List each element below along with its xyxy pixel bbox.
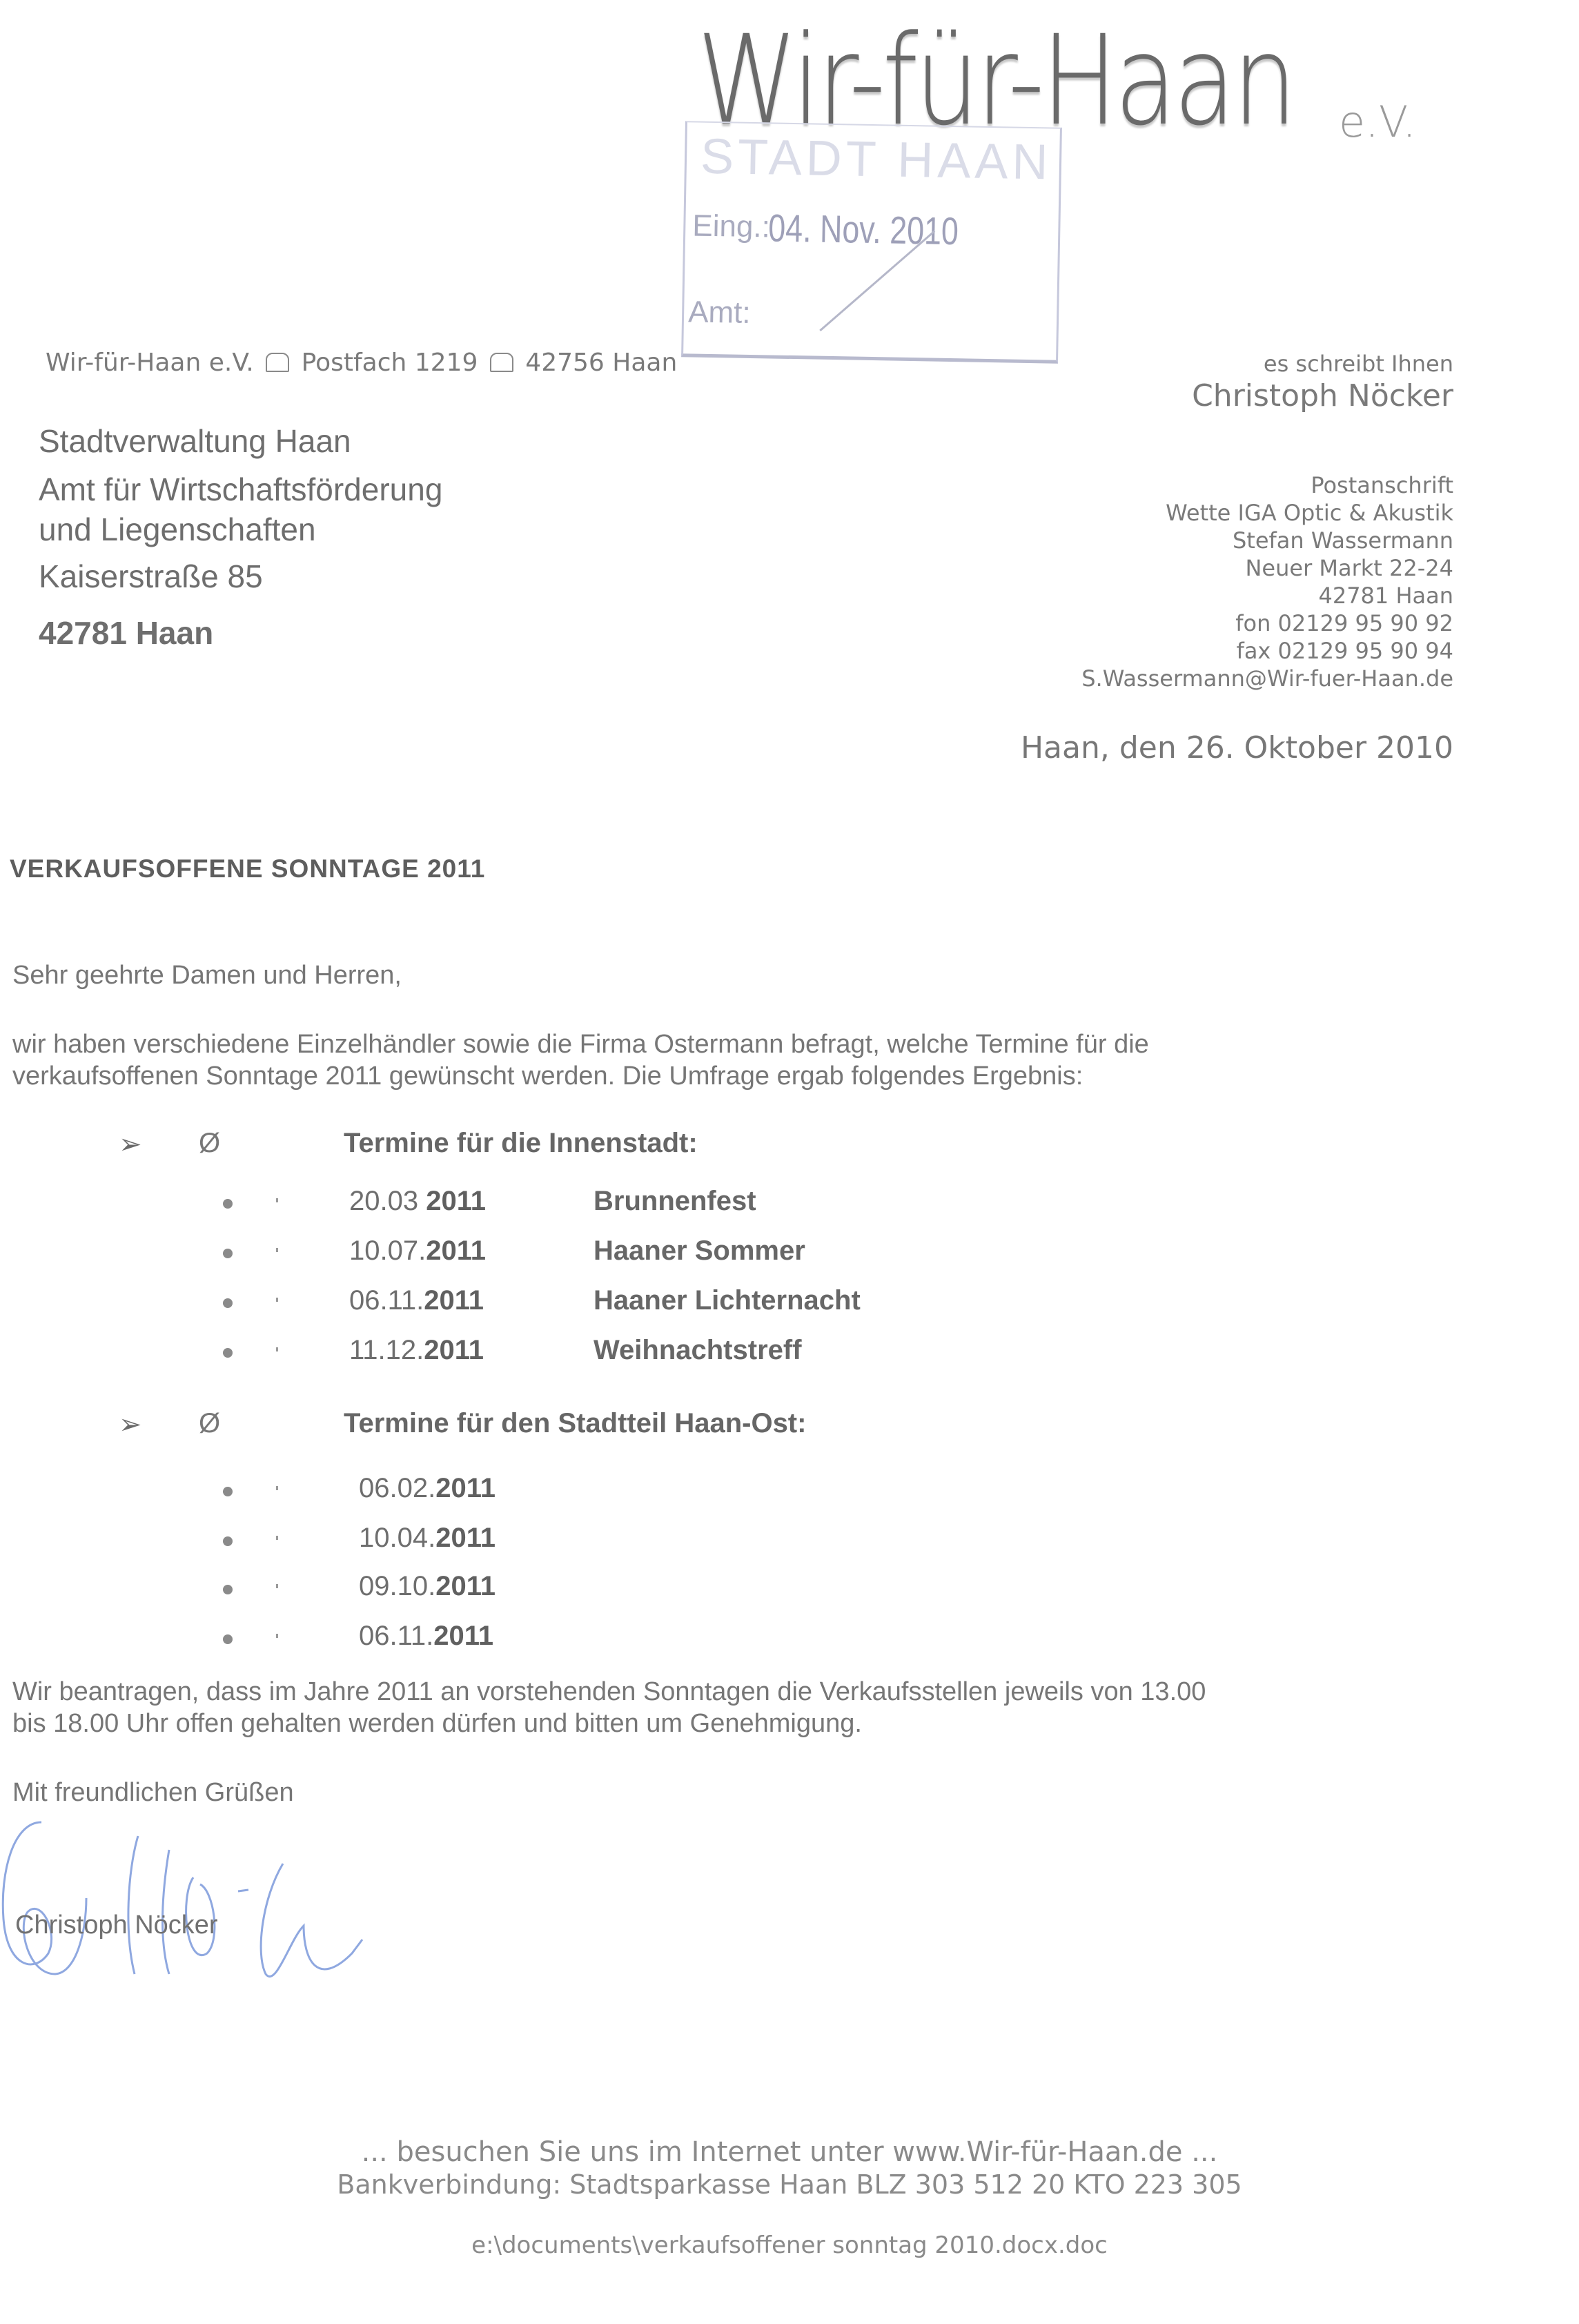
section-heading-haan-ost: Termine für den Stadtteil Haan-Ost: — [344, 1408, 806, 1439]
tick-icon — [276, 1486, 278, 1490]
postal-email[interactable]: S.Wassermann@Wir-fuer-Haan.de — [1081, 665, 1453, 692]
tick-icon — [276, 1298, 278, 1302]
letter-subject: VERKAUFSOFFENE SONNTAGE 2011 — [10, 855, 485, 883]
list-item-date: 06.11.2011 — [359, 1621, 493, 1652]
intro-line-1: wir haben verschiedene Einzelhändler sow… — [12, 1030, 1149, 1060]
recipient-line-5: 42781 Haan — [39, 614, 213, 652]
recipient-line-2: Amt für Wirtschaftsförderung — [39, 471, 442, 508]
list-item-date: 10.07.2011 — [349, 1236, 486, 1267]
list-item-event: Haaner Sommer — [594, 1236, 805, 1267]
recipient-line-3: und Liegenschaften — [39, 511, 316, 548]
list-item-event: Brunnenfest — [594, 1186, 756, 1217]
footer-bank: Bankverbindung: Stadtsparkasse Haan BLZ … — [0, 2169, 1579, 2200]
bullet-icon — [223, 1199, 233, 1209]
footer-website: ... besuchen Sie uns im Internet unter w… — [0, 2136, 1579, 2168]
writer-name: Christoph Nöcker — [1192, 378, 1453, 413]
receipt-stamp: STADT HAAN Eing.: 04. Nov. 2010 Amt: — [681, 121, 1062, 363]
signature-typed-name: Christoph Nöcker — [15, 1911, 218, 1940]
list-item-date: 20.03 2011 — [349, 1186, 486, 1217]
sender-org: Wir-für-Haan e.V. — [46, 349, 254, 377]
tick-icon — [276, 1347, 278, 1351]
bullet-icon — [223, 1536, 233, 1546]
bullet-icon — [223, 1298, 233, 1308]
postal-city: 42781 Haan — [1318, 583, 1453, 609]
list-item-date: 09.10.2011 — [359, 1571, 496, 1602]
arrowhead-bullet-icon: ➢ — [119, 1408, 142, 1441]
stamp-amt-label: Amt: — [688, 295, 751, 331]
tick-icon — [276, 1536, 278, 1540]
list-item-date: 06.11.2011 — [349, 1285, 484, 1316]
tick-icon — [276, 1248, 278, 1252]
handwritten-signature — [0, 1815, 386, 1995]
list-item-date: 06.02.2011 — [359, 1473, 496, 1504]
bullet-icon — [223, 1487, 233, 1496]
section-heading-innenstadt: Termine für die Innenstadt: — [344, 1128, 698, 1159]
mailbox-flag-icon — [490, 353, 513, 372]
recipient-line-1: Stadtverwaltung Haan — [39, 422, 351, 460]
footer-file-path: e:\documents\verkaufsoffener sonntag 201… — [0, 2232, 1579, 2259]
postal-company: Wette IGA Optic & Akustik — [1166, 500, 1453, 526]
logo-suffix: e.V. — [1339, 97, 1416, 147]
tick-icon — [276, 1634, 278, 1638]
bullet-icon — [223, 1348, 233, 1358]
intro-line-2: verkaufsoffenen Sonntage 2011 gewünscht … — [12, 1062, 1083, 1091]
list-item-date: 11.12.2011 — [349, 1335, 484, 1366]
mailbox-icon — [266, 353, 289, 372]
sender-postbox: Postfach 1219 — [302, 349, 478, 377]
postal-contact: Stefan Wassermann — [1233, 527, 1453, 554]
closing: Mit freundlichen Grüßen — [12, 1778, 294, 1808]
bullet-icon — [223, 1585, 233, 1594]
stamp-title: STADT HAAN — [700, 128, 1052, 191]
letter-date: Haan, den 26. Oktober 2010 — [1021, 730, 1453, 765]
tick-icon — [276, 1584, 278, 1588]
salutation: Sehr geehrte Damen und Herren, — [12, 961, 402, 990]
section-marker: Ø — [199, 1128, 220, 1159]
sender-return-line: Wir-für-Haan e.V. Postfach 1219 42756 Ha… — [46, 349, 677, 377]
list-item-event: Haaner Lichternacht — [594, 1285, 861, 1316]
stamp-eingang-date: 04. Nov. 2010 — [768, 205, 959, 253]
list-item-event: Weihnachtstreff — [594, 1335, 802, 1366]
recipient-line-4: Kaiserstraße 85 — [39, 558, 263, 595]
arrowhead-bullet-icon: ➢ — [119, 1128, 142, 1160]
list-item-date: 10.04.2011 — [359, 1523, 496, 1554]
request-line-1: Wir beantragen, dass im Jahre 2011 an vo… — [12, 1677, 1206, 1707]
postal-street: Neuer Markt 22-24 — [1245, 555, 1453, 581]
writer-intro: es schreibt Ihnen — [1264, 351, 1453, 377]
request-line-2: bis 18.00 Uhr offen gehalten werden dürf… — [12, 1709, 862, 1739]
bullet-icon — [223, 1634, 233, 1644]
postal-phone: fon 02129 95 90 92 — [1235, 610, 1453, 636]
sender-zip-city: 42756 Haan — [525, 349, 677, 377]
postal-label: Postanschrift — [1311, 472, 1453, 498]
tick-icon — [276, 1198, 278, 1202]
postal-fax: fax 02129 95 90 94 — [1237, 638, 1453, 664]
stamp-eingang-label: Eing.: — [692, 208, 770, 244]
section-marker: Ø — [199, 1408, 220, 1439]
bullet-icon — [223, 1249, 233, 1258]
